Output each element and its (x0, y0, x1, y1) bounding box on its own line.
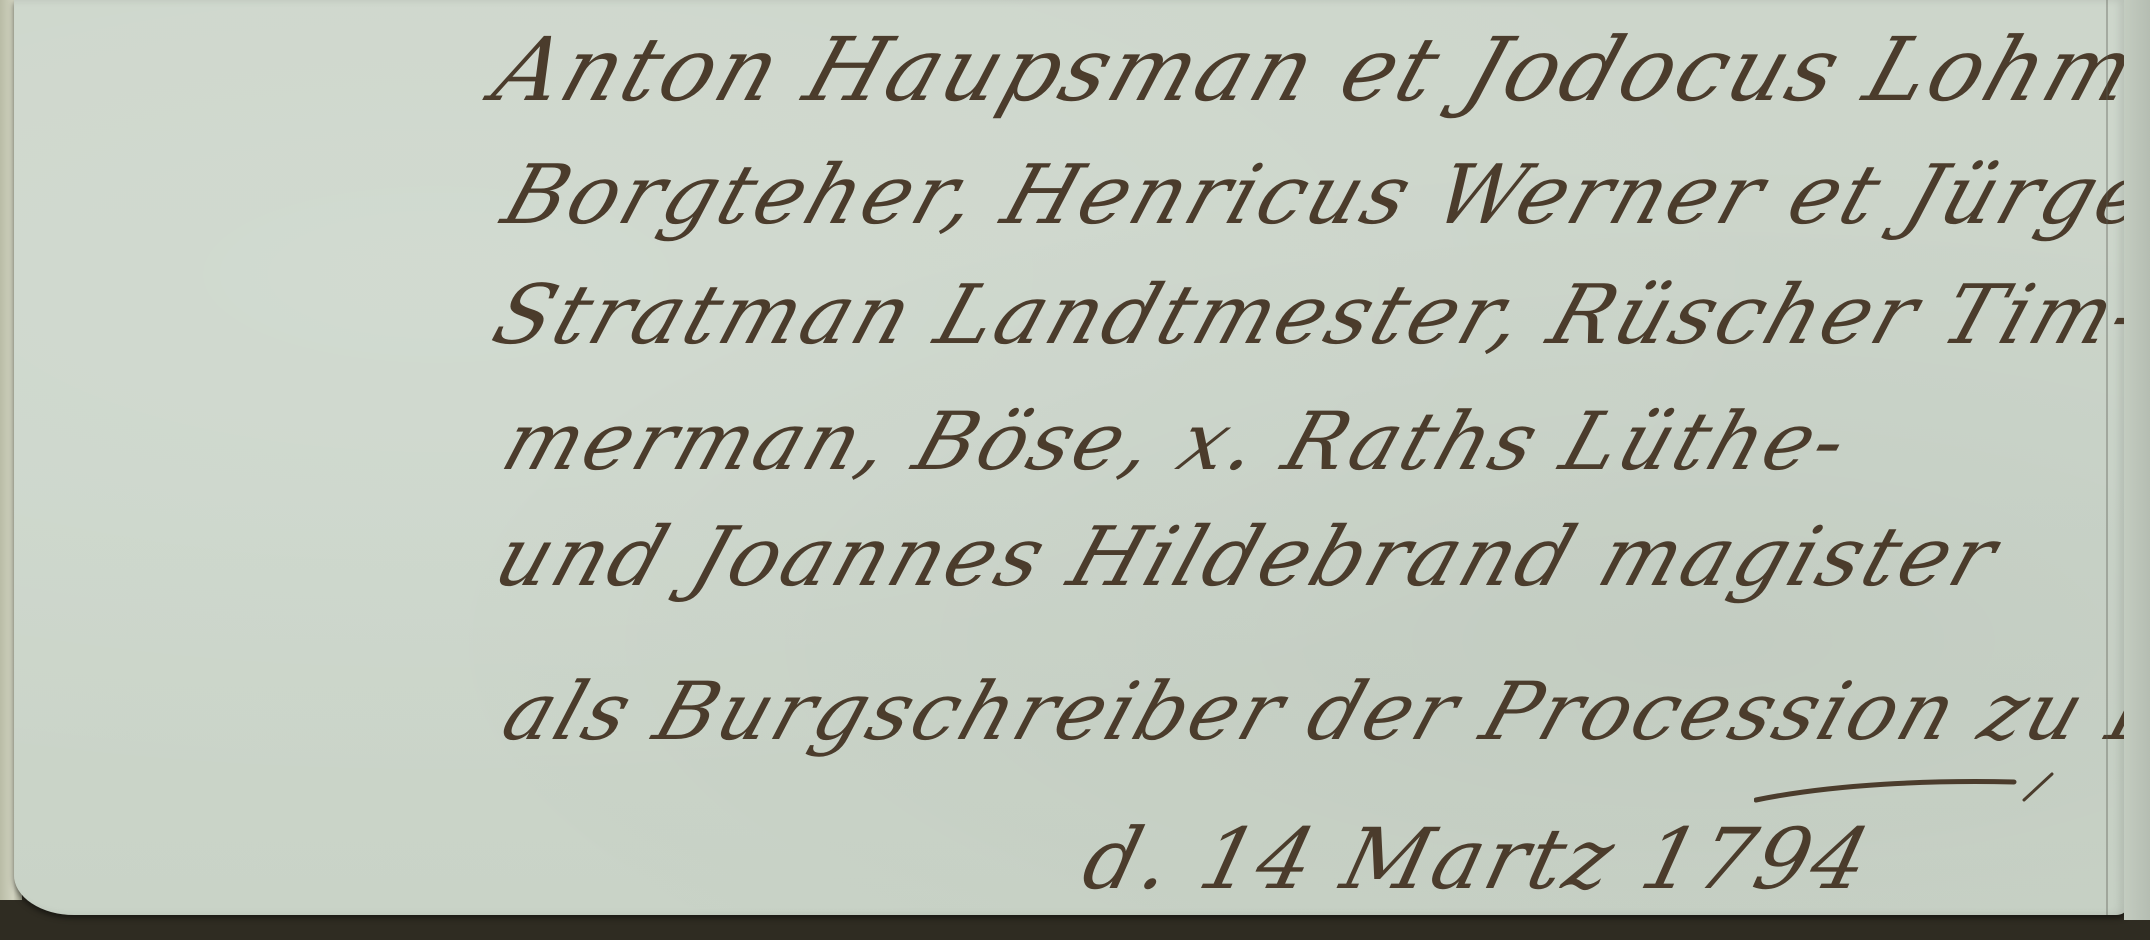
text-line-1: Anton Haupsman et Jodocus Lohman Landt (482, 18, 2150, 121)
text-line-3: Stratman Landtmester, Rüscher Tim- (482, 268, 2150, 363)
text-line-6: als Burgschreiber der Procession zu Delb… (492, 665, 2150, 758)
page-binding-edge (2124, 0, 2150, 920)
date-line: d. 14 Martz 1794 (1074, 810, 1882, 908)
text-line-4: merman, Böse, x. Raths Lüthe- (492, 395, 1861, 488)
text-line-5: und Joannes Hildebrand magister (484, 510, 2011, 605)
manuscript-page: Anton Haupsman et Jodocus Lohman Landt B… (14, 0, 2126, 915)
document-scan: Anton Haupsman et Jodocus Lohman Landt B… (0, 0, 2150, 940)
underline-flourish-icon (1754, 770, 2054, 810)
text-line-2: Borgteher, Henricus Werner et Jürgen (492, 148, 2150, 243)
